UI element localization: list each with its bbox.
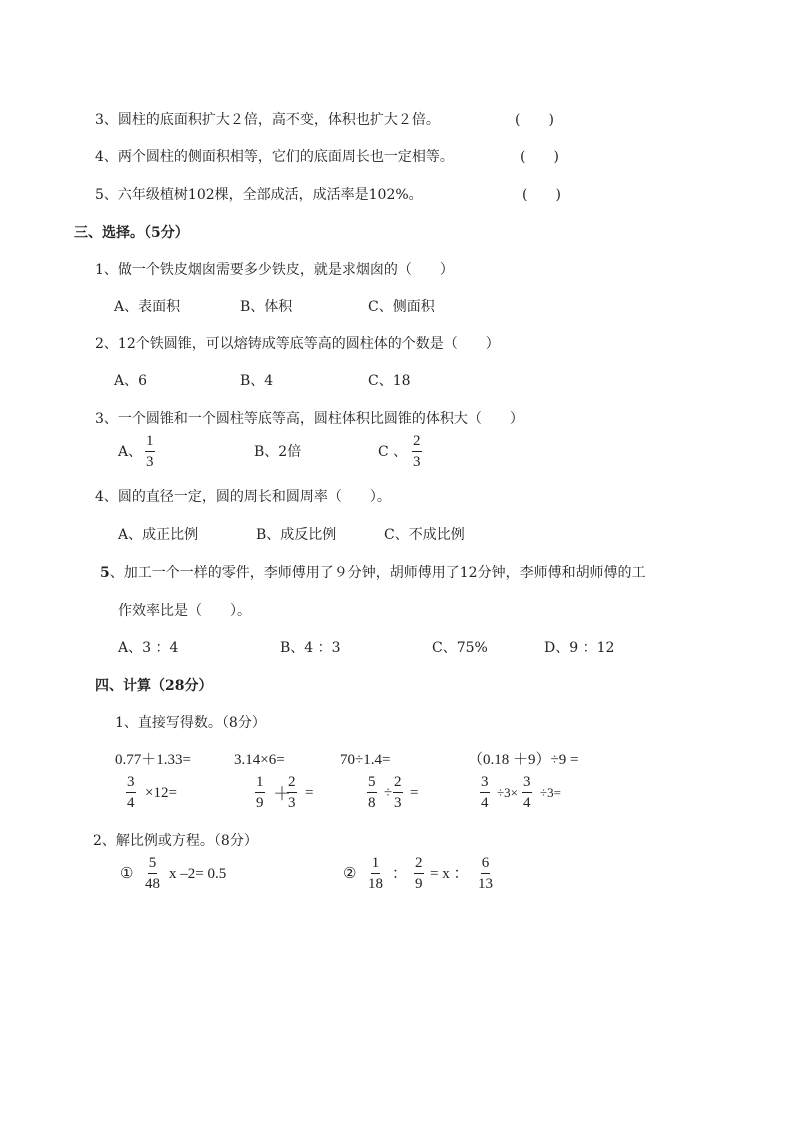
denominator: 13 (478, 874, 493, 892)
denominator: 3 (413, 452, 421, 470)
numerator: 6 (481, 856, 491, 874)
option-b[interactable]: B、4 (240, 374, 273, 388)
question-2-stem: 2、12个铁圆锥，可以熔铸成等底等高的圆柱体的个数是（ ） (95, 337, 500, 351)
numerator: 3 (126, 775, 136, 793)
judge-item-text: 4、两个圆柱的侧面积相等，它们的底面周长也一定相等。 (95, 149, 454, 165)
answer-blank[interactable]: ( ) (515, 113, 554, 127)
fraction: 2 3 (287, 775, 297, 811)
fraction: 1 9 (255, 775, 265, 811)
question-text: 、加工一个一样的零件，李师傅用了９分钟，胡师傅用了12分钟，李师傅和胡师傅的工 (110, 565, 646, 581)
denominator: 18 (368, 874, 383, 892)
equation-marker-1: ① (120, 866, 133, 881)
fraction: 3 4 (480, 775, 490, 811)
numerator: 2 (414, 856, 424, 874)
expr-tail: ×12= (145, 786, 177, 801)
option-a[interactable]: A、6 (114, 374, 147, 388)
numerator: 1 (371, 856, 381, 874)
numerator: 5 (367, 775, 377, 793)
fraction: 3 4 (126, 775, 136, 811)
fraction: 1 18 (368, 856, 383, 892)
part1-title: 1、直接写得数。（8分） (115, 716, 266, 730)
fraction: 5 48 (145, 856, 160, 892)
judge-item-4: 4、两个圆柱的侧面积相等，它们的底面周长也一定相等。 (95, 150, 454, 164)
numerator: 2 (393, 775, 403, 793)
denominator: 3 (288, 793, 296, 811)
numerator: 1 (145, 434, 155, 452)
denominator: 3 (394, 793, 402, 811)
expr-2: 3.14×6= (234, 753, 285, 768)
judge-item-text: 3、圆柱的底面积扩大２倍，高不变，体积也扩大２倍。 (95, 112, 440, 128)
denominator: 48 (145, 874, 160, 892)
answer-blank[interactable]: ( ) (520, 150, 559, 164)
denominator: 4 (481, 793, 489, 811)
option-a[interactable]: A、表面积 (114, 300, 180, 314)
numerator: 3 (480, 775, 490, 793)
part2-title: 2、解比例或方程。（8分） (93, 834, 258, 848)
fraction: 6 13 (478, 856, 493, 892)
fraction: 3 4 (522, 775, 532, 811)
expr-4: （0.18 ＋9）÷9 = (468, 753, 578, 768)
question-number: 5 (100, 565, 110, 581)
option-a[interactable]: A、 (118, 445, 142, 459)
denominator: 8 (368, 793, 376, 811)
expr-tail: = (410, 786, 418, 801)
equation-middle: = x ： (430, 867, 468, 882)
denominator: 9 (256, 793, 264, 811)
operator: ÷ (384, 786, 392, 801)
fraction-two-thirds: 2 3 (412, 434, 422, 470)
option-c[interactable]: C、18 (368, 374, 411, 388)
expr-tail: ÷3= (540, 786, 561, 799)
question-5-stem-line2: 作效率比是（ ）。 (118, 604, 251, 618)
fraction: 2 9 (414, 856, 424, 892)
option-a[interactable]: A、3 ：4 (118, 641, 178, 655)
option-prefix: A、 (118, 444, 142, 460)
numerator: 1 (255, 775, 265, 793)
denominator: 4 (127, 793, 135, 811)
judge-item-text: 5、六年级植树102棵，全部成活，成活率是102%。 (95, 187, 423, 203)
judge-item-3: 3、圆柱的底面积扩大２倍，高不变，体积也扩大２倍。 (95, 113, 440, 127)
question-1-stem: 1、做一个铁皮烟囱需要多少铁皮，就是求烟囱的（ ） (95, 263, 454, 277)
equation-rest: x –2= 0.5 (169, 867, 226, 882)
fraction-one-third: 1 3 (145, 434, 155, 470)
numerator: 2 (287, 775, 297, 793)
fraction: 2 3 (393, 775, 403, 811)
numerator: 5 (148, 856, 158, 874)
judge-item-5: 5、六年级植树102棵，全部成活，成活率是102%。 (95, 188, 423, 202)
expr-3: 70÷1.4= (340, 753, 390, 768)
expr-tail: = (305, 786, 313, 801)
option-b[interactable]: B、体积 (240, 300, 292, 314)
option-d[interactable]: D、9 ：12 (544, 641, 614, 655)
ratio-separator: ： (392, 867, 407, 882)
option-c[interactable]: C 、 (378, 445, 407, 459)
question-3-stem: 3、一个圆锥和一个圆柱等底等高，圆柱体积比圆锥的体积大（ ） (95, 412, 524, 426)
denominator: 9 (415, 874, 423, 892)
numerator: 2 (412, 434, 422, 452)
section-heading-choice: 三、选择。（5分） (74, 226, 189, 240)
option-c[interactable]: C、75% (432, 641, 488, 655)
denominator: 4 (523, 793, 531, 811)
option-b[interactable]: B、4 ：3 (280, 641, 341, 655)
option-b[interactable]: B、2倍 (254, 445, 301, 459)
numerator: 3 (522, 775, 532, 793)
equation-marker-2: ② (343, 866, 356, 881)
denominator: 3 (146, 452, 154, 470)
option-c[interactable]: C、不成比例 (384, 528, 465, 542)
question-5-stem-line1: 5、加工一个一样的零件，李师傅用了９分钟，胡师傅用了12分钟，李师傅和胡师傅的工 (100, 566, 646, 580)
option-b[interactable]: B、成反比例 (256, 528, 336, 542)
option-c[interactable]: C、侧面积 (368, 300, 435, 314)
answer-blank[interactable]: ( ) (522, 188, 561, 202)
section-heading-calc: 四、计算（28分） (95, 679, 212, 693)
fraction: 5 8 (367, 775, 377, 811)
option-prefix: C 、 (378, 444, 407, 460)
option-a[interactable]: A、成正比例 (118, 528, 198, 542)
operator: ÷3× (497, 786, 518, 799)
question-4-stem: 4、圆的直径一定，圆的周长和圆周率（ ）。 (95, 490, 391, 504)
expr-1: 0.77＋1.33= (115, 753, 191, 768)
